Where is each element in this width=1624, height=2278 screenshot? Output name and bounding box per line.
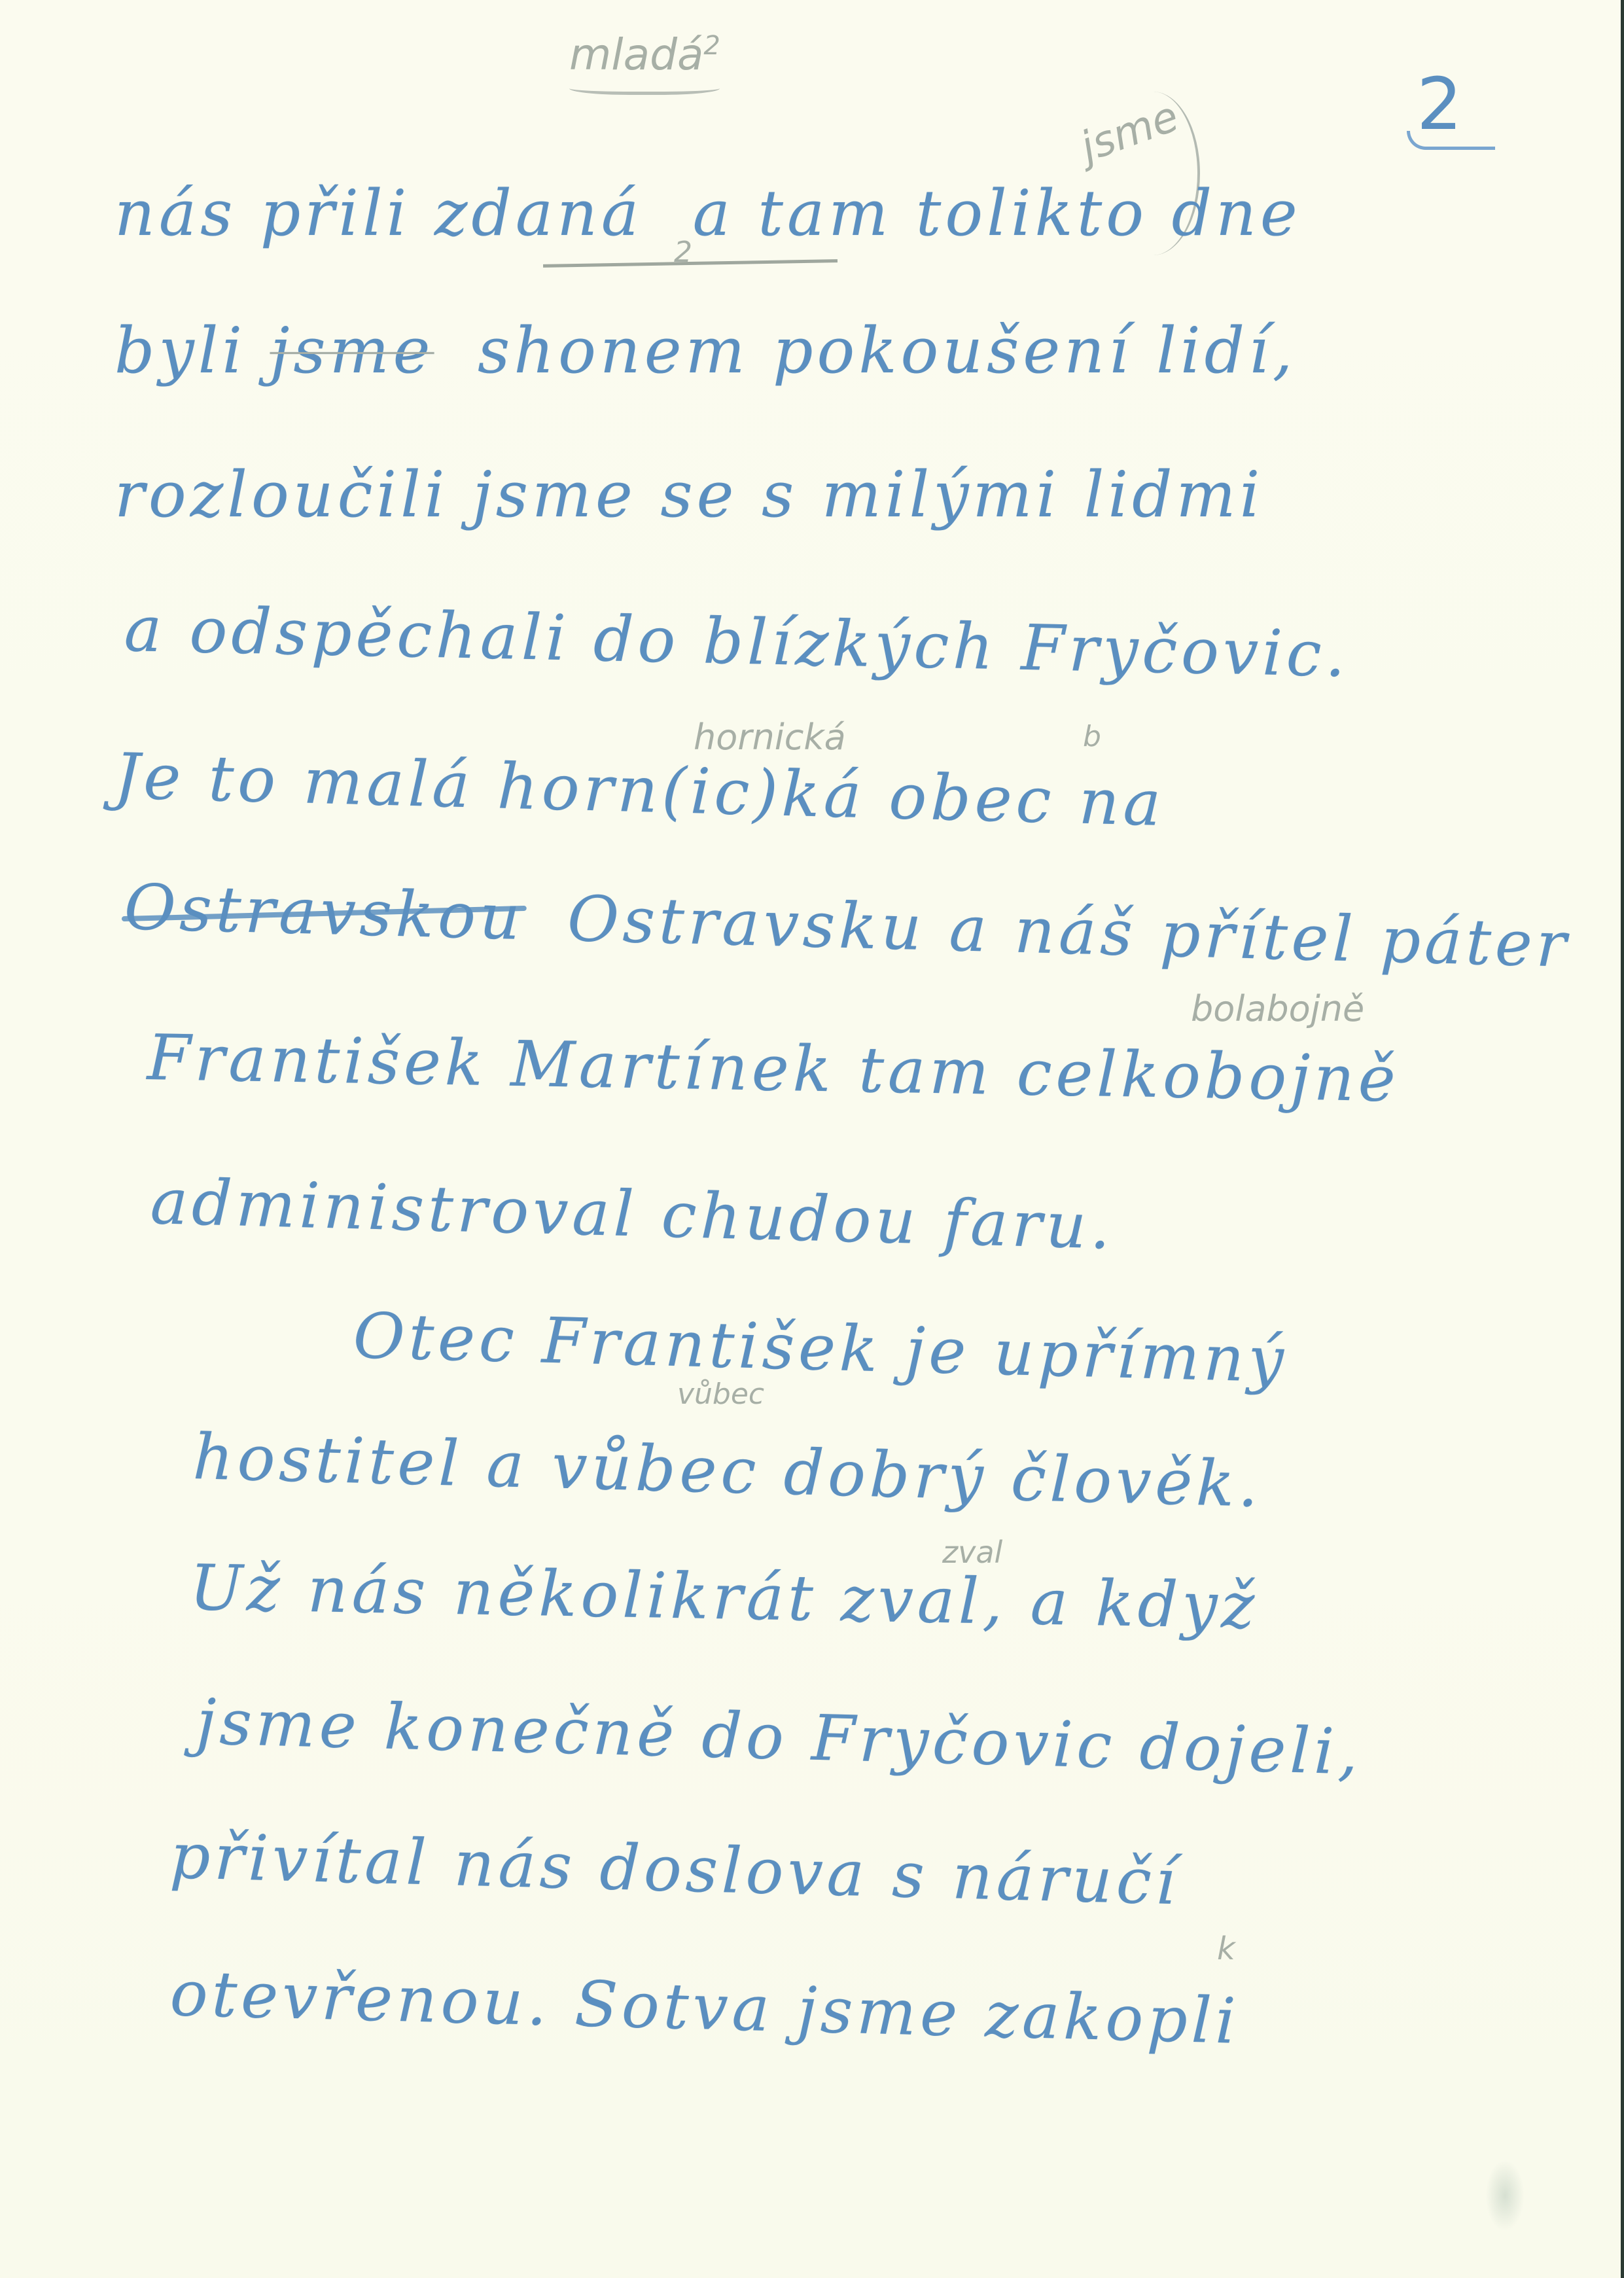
line-7: František Martínek tam celkobojně bbox=[147, 1021, 1400, 1116]
line-2-part-a: byli bbox=[115, 314, 246, 387]
page-edge bbox=[1621, 0, 1624, 2278]
line-6: Ostravskou Ostravsku a náš přítel páter bbox=[124, 870, 1572, 982]
line-2: byli jsme shonem pokoušení lidí, bbox=[115, 314, 1296, 387]
header-note-text: mladá bbox=[569, 29, 703, 80]
line-3: rozloučili jsme se s milými lidmi bbox=[115, 458, 1263, 531]
header-note: mladá2 bbox=[569, 29, 720, 80]
line-1: nás přili zdaná a tam tolikto dne bbox=[115, 177, 1301, 250]
line-14: otevřenou. Sotva jsme zakopli bbox=[169, 1957, 1241, 2058]
scribbled-word: Ostravskou bbox=[124, 870, 525, 954]
line-1-part-a: nás přili zdaná bbox=[115, 177, 643, 250]
line-2-part-b: shonem pokoušení lidí, bbox=[478, 314, 1296, 387]
line-13: přivítal nás doslova s náručí bbox=[169, 1819, 1180, 1919]
annotation-k-mark: k bbox=[1217, 1931, 1235, 1967]
line-8: administroval chudou faru. bbox=[150, 1165, 1116, 1264]
annotation-hornicka: hornická bbox=[694, 717, 846, 758]
header-note-underline bbox=[569, 79, 720, 95]
line-10: hostitel a vůbec dobrý člověk. bbox=[192, 1420, 1263, 1522]
header-note-mark: 2 bbox=[703, 31, 720, 61]
manuscript-page: mladá2 2 jsme nás přili zdaná a tam toli… bbox=[0, 0, 1624, 2278]
page-number-underline bbox=[1407, 131, 1495, 150]
annotation-vubec: vůbec bbox=[677, 1378, 764, 1411]
line-9: Otec František je upřímný bbox=[353, 1299, 1288, 1397]
pencil-smudge bbox=[1485, 2160, 1525, 2232]
line-1-part-b: a tam tolikto dne bbox=[693, 177, 1301, 250]
line-6-part-b: Ostravsku a náš přítel páter bbox=[567, 882, 1571, 982]
struck-word-jsme: jsme bbox=[270, 314, 434, 387]
line-12: jsme konečně do Fryčovic dojeli, bbox=[196, 1685, 1363, 1789]
annotation-obec-mark: b bbox=[1083, 720, 1101, 753]
line-11: Už nás několikrát zval, a když bbox=[189, 1551, 1259, 1643]
line-4: a odspěchali do blízkých Fryčovic. bbox=[124, 592, 1350, 691]
line-5: Je to malá horn(ic)ká obec na bbox=[114, 739, 1166, 840]
annotation-bolabojne: bolabojně bbox=[1191, 988, 1364, 1029]
